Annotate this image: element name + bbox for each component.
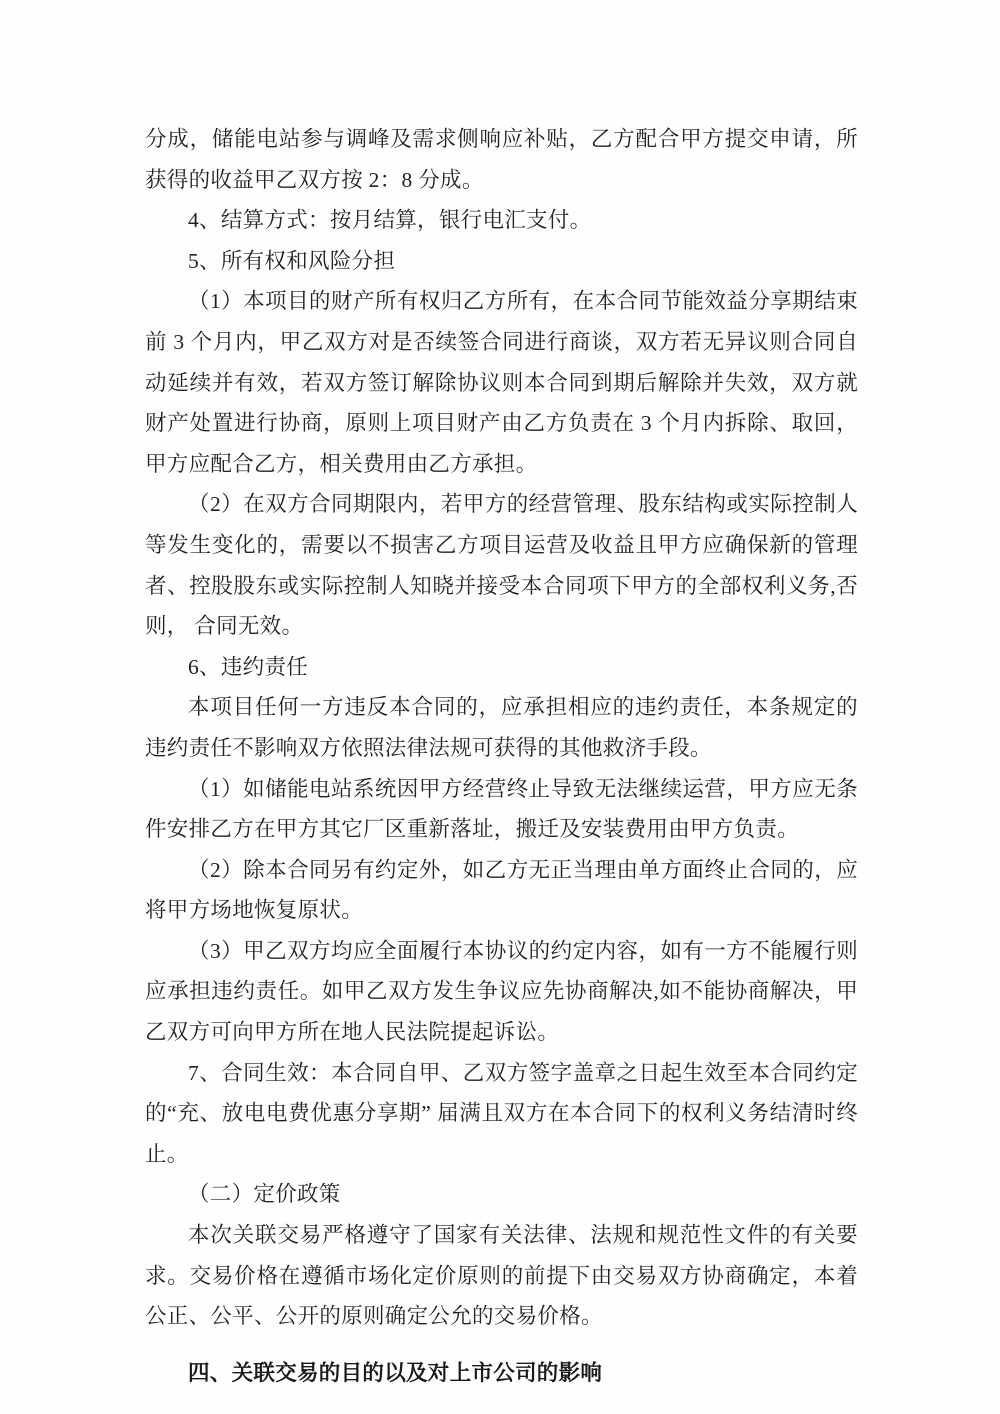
paragraph-clause-7: 7、合同生效：本合同自甲、乙双方签字盖章之日起生效至本合同约定的“充、放电电费优…	[145, 1053, 858, 1175]
paragraph-clause-4: 4、结算方式：按月结算，银行电汇支付。	[145, 200, 858, 241]
paragraph-clause-5: 5、所有权和风险分担	[145, 241, 858, 282]
paragraph-continuation: 分成，储能电站参与调峰及需求侧响应补贴，乙方配合甲方提交申请，所获得的收益甲乙双…	[145, 119, 858, 200]
paragraph-clause-5-item-1: （1）本项目的财产所有权归乙方所有，在本合同节能效益分享期结束前 3 个月内，甲…	[145, 281, 858, 484]
paragraph-clause-6: 6、违约责任	[145, 647, 858, 688]
paragraph-pricing-policy-title: （二）定价政策	[145, 1174, 858, 1215]
paragraph-clause-6-item-1: （1）如储能电站系统因甲方经营终止导致无法继续运营，甲方应无条件安排乙方在甲方其…	[145, 769, 858, 850]
section-heading-4: 四、关联交易的目的以及对上市公司的影响	[145, 1353, 858, 1394]
paragraph-pricing-policy-body: 本次关联交易严格遵守了国家有关法律、法规和规范性文件的有关要求。交易价格在遵循市…	[145, 1215, 858, 1337]
paragraph-clause-5-item-2: （2）在双方合同期限内，若甲方的经营管理、股东结构或实际控制人等发生变化的，需要…	[145, 484, 858, 646]
paragraph-clause-6-intro: 本项目任何一方违反本合同的，应承担相应的违约责任，本条规定的违约责任不影响双方依…	[145, 687, 858, 768]
document-body: 分成，储能电站参与调峰及需求侧响应补贴，乙方配合甲方提交申请，所获得的收益甲乙双…	[145, 119, 858, 1393]
paragraph-clause-6-item-3: （3）甲乙双方均应全面履行本协议的约定内容，如有一方不能履行则应承担违约责任。如…	[145, 931, 858, 1053]
document-page: 分成，储能电站参与调峰及需求侧响应补贴，乙方配合甲方提交申请，所获得的收益甲乙双…	[0, 0, 1000, 1414]
paragraph-clause-6-item-2: （2）除本合同另有约定外，如乙方无正当理由单方面终止合同的，应将甲方场地恢复原状…	[145, 850, 858, 931]
